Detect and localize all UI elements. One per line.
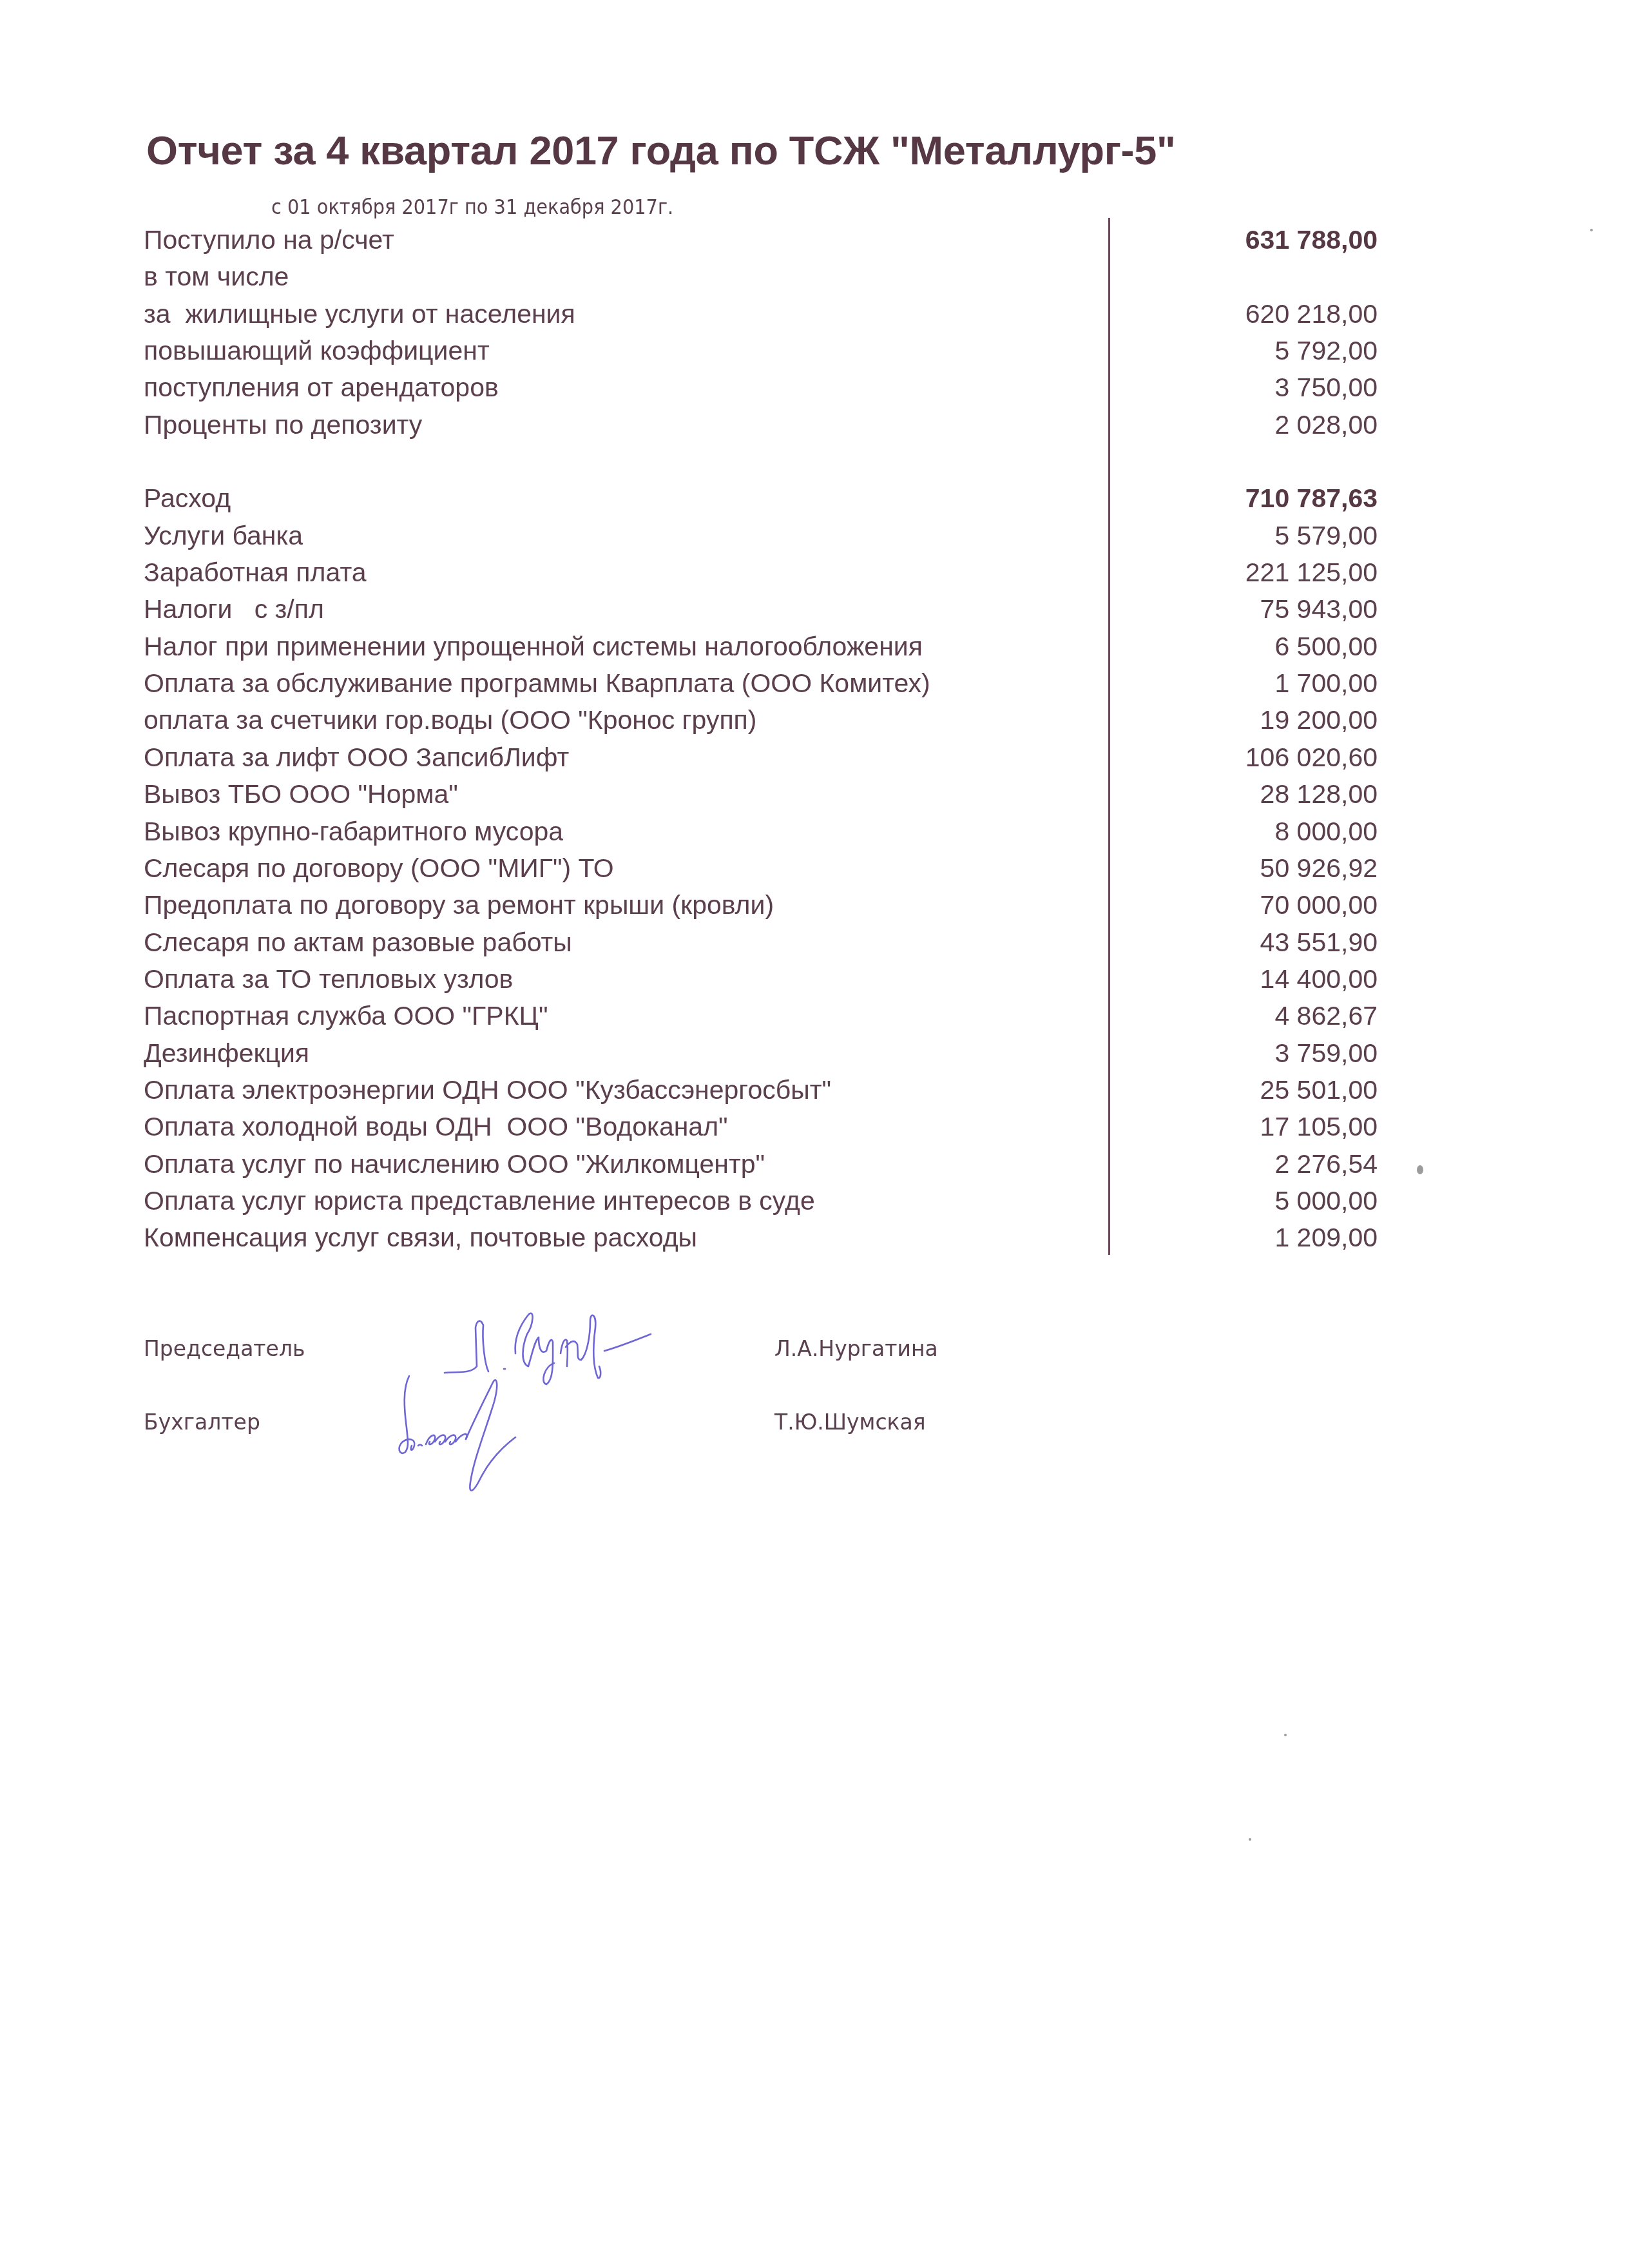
- income-total-row: Поступило на р/счет 631 788,00: [144, 222, 1378, 258]
- expense-row-label: Вывоз крупно-габаритного мусора: [144, 813, 563, 850]
- expense-row-value: 1 209,00: [1274, 1219, 1378, 1256]
- expense-row-value: 14 400,00: [1260, 961, 1378, 998]
- income-row-value: 5 792,00: [1274, 333, 1378, 369]
- expense-row: Оплата услуг юриста представление интере…: [144, 1183, 1378, 1219]
- report-title: Отчет за 4 квартал 2017 года по ТСЖ "Мет…: [146, 126, 1176, 175]
- income-subheading: в том числе: [144, 258, 289, 295]
- income-row-label: Проценты по депозиту: [144, 407, 422, 443]
- expense-row: Дезинфекция3 759,00: [144, 1035, 1378, 1072]
- accountant-name: Т.Ю.Шумская: [774, 1410, 926, 1435]
- income-subheading-row: в том числе: [144, 258, 1378, 295]
- income-row-value: 2 028,00: [1274, 407, 1378, 443]
- chairman-role: Председатель: [144, 1336, 305, 1362]
- expense-row: Оплата услуг по начислению ООО "Жилкомце…: [144, 1146, 1378, 1183]
- expense-row: оплата за счетчики гор.воды (ООО "Кронос…: [144, 702, 1378, 739]
- expense-row: Паспортная служба ООО "ГРКЦ"4 862,67: [144, 998, 1378, 1034]
- expense-row-value: 25 501,00: [1260, 1072, 1378, 1109]
- expense-row-value: 4 862,67: [1274, 998, 1378, 1034]
- expense-row-label: Слесаря по договору (ООО "МИГ") ТО: [144, 850, 614, 887]
- expense-row-value: 3 759,00: [1274, 1035, 1378, 1072]
- expense-row: Вывоз крупно-габаритного мусора8 000,00: [144, 813, 1378, 850]
- income-total-label: Поступило на р/счет: [144, 222, 394, 258]
- accountant-signature: [390, 1370, 544, 1498]
- expense-row-label: Оплата холодной воды ОДН ООО "Водоканал": [144, 1109, 728, 1145]
- expense-row: Компенсация услуг связи, почтовые расход…: [144, 1219, 1378, 1256]
- expense-row-label: Оплата услуг юриста представление интере…: [144, 1183, 815, 1219]
- expense-row-value: 5 579,00: [1274, 518, 1378, 554]
- expense-row-label: Услуги банка: [144, 518, 303, 554]
- expense-row-value: 43 551,90: [1260, 924, 1378, 961]
- expense-row-label: Паспортная служба ООО "ГРКЦ": [144, 998, 548, 1034]
- expense-row-label: Оплата за ТО тепловых узлов: [144, 961, 513, 998]
- expenses-total-row: Расход 710 787,63: [144, 480, 1378, 517]
- expense-row-label: Налоги с з/пл: [144, 591, 324, 628]
- expense-row: Оплата за ТО тепловых узлов14 400,00: [144, 961, 1378, 998]
- scan-speck: [1284, 1734, 1287, 1736]
- expense-row-value: 221 125,00: [1245, 554, 1378, 591]
- expense-row-label: Компенсация услуг связи, почтовые расход…: [144, 1219, 697, 1256]
- expense-row: Оплата за обслуживание программы Кварпла…: [144, 665, 1378, 702]
- expense-row-label: Оплата услуг по начислению ООО "Жилкомце…: [144, 1146, 765, 1183]
- expense-row-value: 17 105,00: [1260, 1109, 1378, 1145]
- expense-row-value: 106 020,60: [1245, 739, 1378, 776]
- expense-row-value: 70 000,00: [1260, 887, 1378, 924]
- expense-row: Услуги банка5 579,00: [144, 518, 1378, 554]
- expense-row-label: Оплата электроэнергии ОДН ООО "Кузбассэн…: [144, 1072, 831, 1109]
- scan-speck: [1417, 1165, 1423, 1174]
- income-row-label: за жилищные услуги от населения: [144, 296, 575, 333]
- income-items: за жилищные услуги от населения620 218,0…: [144, 296, 1378, 443]
- expense-row-label: Дезинфекция: [144, 1035, 309, 1072]
- blank-row: [144, 443, 1378, 480]
- expense-row-label: Налог при применении упрощенной системы …: [144, 628, 923, 665]
- expense-row-label: Оплата за обслуживание программы Кварпла…: [144, 665, 930, 702]
- report-table: Поступило на р/счет 631 788,00 в том чис…: [144, 222, 1378, 1257]
- expense-row: Слесаря по актам разовые работы43 551,90: [144, 924, 1378, 961]
- expense-row-label: Слесаря по актам разовые работы: [144, 924, 572, 961]
- expense-row-label: Оплата за лифт ООО ЗапсибЛифт: [144, 739, 569, 776]
- accountant-role: Бухгалтер: [144, 1410, 260, 1435]
- expense-row-value: 50 926,92: [1260, 850, 1378, 887]
- expenses-total-value: 710 787,63: [1245, 480, 1378, 517]
- expense-row-value: 28 128,00: [1260, 776, 1378, 813]
- income-row-label: повышающий коэффициент: [144, 333, 490, 369]
- expense-row-value: 2 276,54: [1274, 1146, 1378, 1183]
- income-total-value: 631 788,00: [1245, 222, 1378, 258]
- income-row: повышающий коэффициент5 792,00: [144, 333, 1378, 369]
- scan-speck: [1590, 229, 1593, 231]
- expense-row: Налог при применении упрощенной системы …: [144, 628, 1378, 665]
- expense-row-value: 19 200,00: [1260, 702, 1378, 739]
- expense-row-value: 8 000,00: [1274, 813, 1378, 850]
- income-row: Проценты по депозиту2 028,00: [144, 407, 1378, 443]
- expense-row: Заработная плата221 125,00: [144, 554, 1378, 591]
- report-period: с 01 октября 2017г по 31 декабря 2017г.: [271, 191, 673, 223]
- income-row-value: 3 750,00: [1274, 369, 1378, 406]
- expense-row: Предоплата по договору за ремонт крыши (…: [144, 887, 1378, 924]
- expense-row: Вывоз ТБО ООО "Норма"28 128,00: [144, 776, 1378, 813]
- expense-row-value: 5 000,00: [1274, 1183, 1378, 1219]
- income-row: поступления от арендаторов3 750,00: [144, 369, 1378, 406]
- expense-row: Слесаря по договору (ООО "МИГ") ТО50 926…: [144, 850, 1378, 887]
- expense-row: Оплата холодной воды ОДН ООО "Водоканал"…: [144, 1109, 1378, 1145]
- expense-row-label: Предоплата по договору за ремонт крыши (…: [144, 887, 774, 924]
- expense-row-label: Заработная плата: [144, 554, 367, 591]
- expense-items: Услуги банка5 579,00Заработная плата221 …: [144, 518, 1378, 1257]
- expense-row-value: 75 943,00: [1260, 591, 1378, 628]
- income-row: за жилищные услуги от населения620 218,0…: [144, 296, 1378, 333]
- expense-row-value: 1 700,00: [1274, 665, 1378, 702]
- income-row-label: поступления от арендаторов: [144, 369, 499, 406]
- chairman-name: Л.А.Нургатина: [774, 1336, 938, 1362]
- expenses-total-label: Расход: [144, 480, 231, 517]
- scan-speck: [1249, 1838, 1251, 1841]
- expense-row-label: оплата за счетчики гор.воды (ООО "Кронос…: [144, 702, 756, 739]
- expense-row: Оплата электроэнергии ОДН ООО "Кузбассэн…: [144, 1072, 1378, 1109]
- income-row-value: 620 218,00: [1245, 296, 1378, 333]
- expense-row-label: Вывоз ТБО ООО "Норма": [144, 776, 458, 813]
- expense-row: Налоги с з/пл75 943,00: [144, 591, 1378, 628]
- expense-row: Оплата за лифт ООО ЗапсибЛифт106 020,60: [144, 739, 1378, 776]
- expense-row-value: 6 500,00: [1274, 628, 1378, 665]
